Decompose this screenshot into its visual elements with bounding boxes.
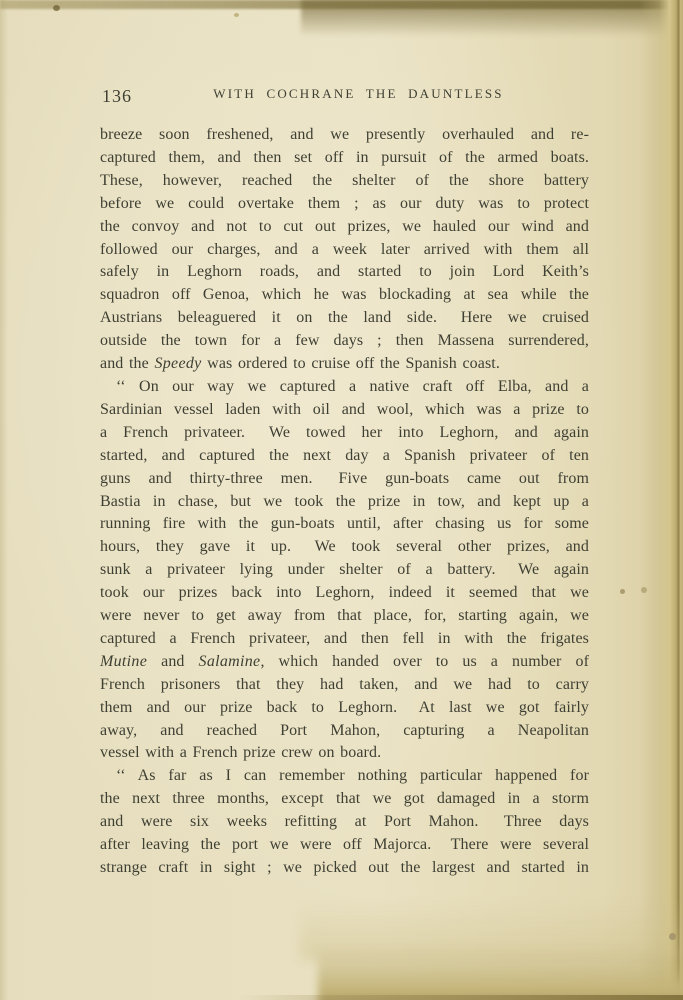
text-line: ‘‘ As far as I can remember nothing part… [100, 765, 589, 788]
text-line: the next three months, except that we go… [100, 788, 589, 811]
text-line: squadron off Genoa, which he was blockad… [100, 284, 589, 307]
paper-speck [669, 933, 676, 940]
text-line: started, and captured the next day a Spa… [100, 445, 589, 468]
running-title: WITH COCHRANE THE DAUNTLESS [100, 86, 589, 102]
text-line: and were six weeks refitting at Port Mah… [100, 811, 589, 834]
text-line: the convoy and not to cut out prizes, we… [100, 216, 589, 239]
text-line: Austrians beleaguered it on the land sid… [100, 307, 589, 330]
text-line: breeze soon freshened, and we presently … [100, 124, 589, 147]
page-top-right-shadow [301, 0, 683, 37]
text-line: safely in Leghorn roads, and started to … [100, 261, 589, 284]
text-line: them and our prize back to Leghorn. At l… [100, 697, 589, 720]
text-line: after leaving the port we were off Major… [100, 834, 589, 857]
text-line: Sardinian vessel laden with oil and wool… [100, 399, 589, 422]
text-line: before we could overtake them ; as our d… [100, 193, 589, 216]
paper-speck [234, 13, 239, 17]
text-line: away, and reached Port Mahon, capturing … [100, 720, 589, 743]
text-line: sunk a privateer lying under shelter of … [100, 559, 589, 582]
text-line: and the Speedy was ordered to cruise off… [100, 353, 589, 376]
text-line: vessel with a French prize crew on board… [100, 742, 589, 765]
book-page: 136 WITH COCHRANE THE DAUNTLESS breeze s… [0, 0, 683, 1000]
text-line: Bastia in chase, but we took the prize i… [100, 491, 589, 514]
paragraph: ‘‘ On our way we captured a native craft… [100, 376, 589, 765]
book-edge-band [318, 946, 683, 1000]
paper-speck [620, 589, 625, 594]
text-line: a French privateer. We towed her into Le… [100, 422, 589, 445]
page-number: 136 [102, 86, 132, 107]
paper-speck [53, 5, 60, 11]
text-line: captured a French privateer, and then fe… [100, 628, 589, 651]
text-line: These, however, reached the shelter of t… [100, 170, 589, 193]
page-right-edge-shade [639, 0, 683, 1000]
text-line: Mutine and Salamine, which handed over t… [100, 651, 589, 674]
text-line: guns and thirty-three men. Five gun-boat… [100, 468, 589, 491]
paragraph: breeze soon freshened, and we presently … [100, 124, 589, 376]
text-line: ‘‘ On our way we captured a native craft… [100, 376, 589, 399]
text-line: strange craft in sight ; we picked out t… [100, 857, 589, 880]
paragraph: ‘‘ As far as I can remember nothing part… [100, 765, 589, 880]
text-line: were never to get away from that place, … [100, 605, 589, 628]
page-header: 136 WITH COCHRANE THE DAUNTLESS [100, 86, 589, 102]
text-line: running fire with the gun-boats until, a… [100, 513, 589, 536]
text-line: followed our charges, and a week later a… [100, 239, 589, 262]
text-line: hours, they gave it up. We took several … [100, 536, 589, 559]
page-bottom-edge-line [0, 995, 683, 1000]
text-line: outside the town for a few days ; then M… [100, 330, 589, 353]
text-line: took our prizes back into Leghorn, indee… [100, 582, 589, 605]
text-line: captured them, and then set off in pursu… [100, 147, 589, 170]
paper-speck [641, 587, 647, 593]
page-body: breeze soon freshened, and we presently … [100, 124, 589, 880]
text-line: French prisoners that they had taken, an… [100, 674, 589, 697]
page-left-edge-shade [0, 0, 8, 1000]
